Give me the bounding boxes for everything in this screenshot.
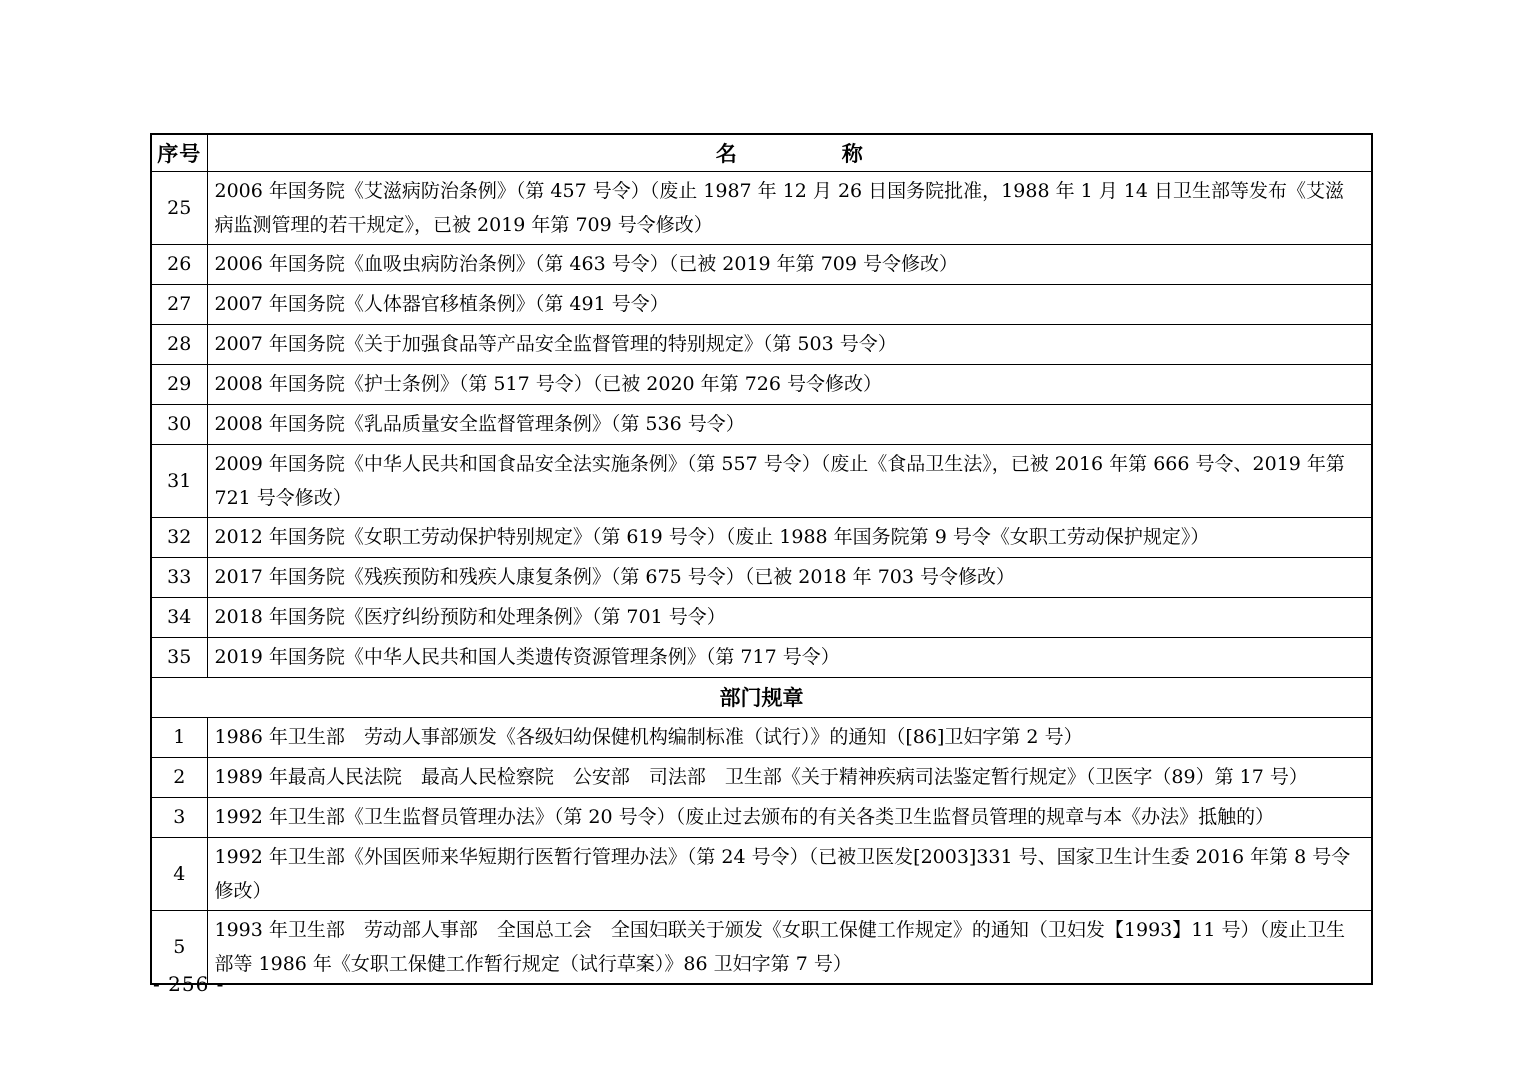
row-regulation-name: 2009 年国务院《中华人民共和国食品安全法实施条例》（第 557 号令）（废止…	[207, 444, 1372, 517]
table-row: 31992 年卫生部《卫生监督员管理办法》（第 20 号令）（废止过去颁布的有关…	[151, 797, 1372, 837]
row-regulation-name: 2019 年国务院《中华人民共和国人类遗传资源管理条例》（第 717 号令）	[207, 637, 1372, 677]
row-regulation-name: 2006 年国务院《艾滋病防治条例》（第 457 号令）（废止 1987 年 1…	[207, 171, 1372, 244]
row-regulation-name: 1993 年卫生部 劳动部人事部 全国总工会 全国妇联关于颁发《女职工保健工作规…	[207, 910, 1372, 984]
table-row: 262006 年国务院《血吸虫病防治条例》（第 463 号令）（已被 2019 …	[151, 244, 1372, 284]
row-serial-number: 28	[151, 324, 207, 364]
row-serial-number: 26	[151, 244, 207, 284]
row-regulation-name: 2008 年国务院《护士条例》（第 517 号令）（已被 2020 年第 726…	[207, 364, 1372, 404]
row-regulation-name: 1989 年最高人民法院 最高人民检察院 公安部 司法部 卫生部《关于精神疾病司…	[207, 757, 1372, 797]
row-regulation-name: 2012 年国务院《女职工劳动保护特别规定》（第 619 号令）（废止 1988…	[207, 517, 1372, 557]
section-header-row: 部门规章	[151, 677, 1372, 717]
table-row: 302008 年国务院《乳品质量安全监督管理条例》（第 536 号令）	[151, 404, 1372, 444]
row-serial-number: 3	[151, 797, 207, 837]
row-regulation-name: 1992 年卫生部《卫生监督员管理办法》（第 20 号令）（废止过去颁布的有关各…	[207, 797, 1372, 837]
row-regulation-name: 1992 年卫生部《外国医师来华短期行医暂行管理办法》（第 24 号令）（已被卫…	[207, 837, 1372, 910]
table-row: 272007 年国务院《人体器官移植条例》（第 491 号令）	[151, 284, 1372, 324]
row-serial-number: 34	[151, 597, 207, 637]
column-header-serial-number: 序号	[151, 134, 207, 171]
regulation-table-body: 252006 年国务院《艾滋病防治条例》（第 457 号令）（废止 1987 年…	[151, 171, 1372, 984]
row-serial-number: 32	[151, 517, 207, 557]
row-serial-number: 30	[151, 404, 207, 444]
row-serial-number: 4	[151, 837, 207, 910]
table-row: 21989 年最高人民法院 最高人民检察院 公安部 司法部 卫生部《关于精神疾病…	[151, 757, 1372, 797]
row-regulation-name: 2007 年国务院《关于加强食品等产品安全监督管理的特别规定》（第 503 号令…	[207, 324, 1372, 364]
regulation-table: 序号 名 称 252006 年国务院《艾滋病防治条例》（第 457 号令）（废止…	[150, 133, 1373, 985]
row-regulation-name: 2006 年国务院《血吸虫病防治条例》（第 463 号令）（已被 2019 年第…	[207, 244, 1372, 284]
table-row: 51993 年卫生部 劳动部人事部 全国总工会 全国妇联关于颁发《女职工保健工作…	[151, 910, 1372, 984]
table-row: 292008 年国务院《护士条例》（第 517 号令）（已被 2020 年第 7…	[151, 364, 1372, 404]
row-serial-number: 31	[151, 444, 207, 517]
row-regulation-name: 2018 年国务院《医疗纠纷预防和处理条例》（第 701 号令）	[207, 597, 1372, 637]
section-header-label: 部门规章	[151, 677, 1372, 717]
row-serial-number: 27	[151, 284, 207, 324]
row-regulation-name: 2017 年国务院《残疾预防和残疾人康复条例》（第 675 号令）（已被 201…	[207, 557, 1372, 597]
row-regulation-name: 2008 年国务院《乳品质量安全监督管理条例》（第 536 号令）	[207, 404, 1372, 444]
document-page: 序号 名 称 252006 年国务院《艾滋病防治条例》（第 457 号令）（废止…	[0, 0, 1520, 1074]
row-regulation-name: 2007 年国务院《人体器官移植条例》（第 491 号令）	[207, 284, 1372, 324]
column-header-name: 名 称	[207, 134, 1372, 171]
table-row: 352019 年国务院《中华人民共和国人类遗传资源管理条例》（第 717 号令）	[151, 637, 1372, 677]
table-row: 342018 年国务院《医疗纠纷预防和处理条例》（第 701 号令）	[151, 597, 1372, 637]
table-row: 282007 年国务院《关于加强食品等产品安全监督管理的特别规定》（第 503 …	[151, 324, 1372, 364]
page-number: - 256 -	[153, 972, 224, 996]
table-header-row: 序号 名 称	[151, 134, 1372, 171]
table-row: 252006 年国务院《艾滋病防治条例》（第 457 号令）（废止 1987 年…	[151, 171, 1372, 244]
table-row: 332017 年国务院《残疾预防和残疾人康复条例》（第 675 号令）（已被 2…	[151, 557, 1372, 597]
row-serial-number: 1	[151, 717, 207, 757]
row-serial-number: 29	[151, 364, 207, 404]
table-row: 312009 年国务院《中华人民共和国食品安全法实施条例》（第 557 号令）（…	[151, 444, 1372, 517]
row-serial-number: 2	[151, 757, 207, 797]
row-serial-number: 25	[151, 171, 207, 244]
row-serial-number: 33	[151, 557, 207, 597]
row-serial-number: 35	[151, 637, 207, 677]
table-row: 41992 年卫生部《外国医师来华短期行医暂行管理办法》（第 24 号令）（已被…	[151, 837, 1372, 910]
table-row: 11986 年卫生部 劳动人事部颁发《各级妇幼保健机构编制标准（试行）》的通知（…	[151, 717, 1372, 757]
table-row: 322012 年国务院《女职工劳动保护特别规定》（第 619 号令）（废止 19…	[151, 517, 1372, 557]
row-regulation-name: 1986 年卫生部 劳动人事部颁发《各级妇幼保健机构编制标准（试行）》的通知（[…	[207, 717, 1372, 757]
